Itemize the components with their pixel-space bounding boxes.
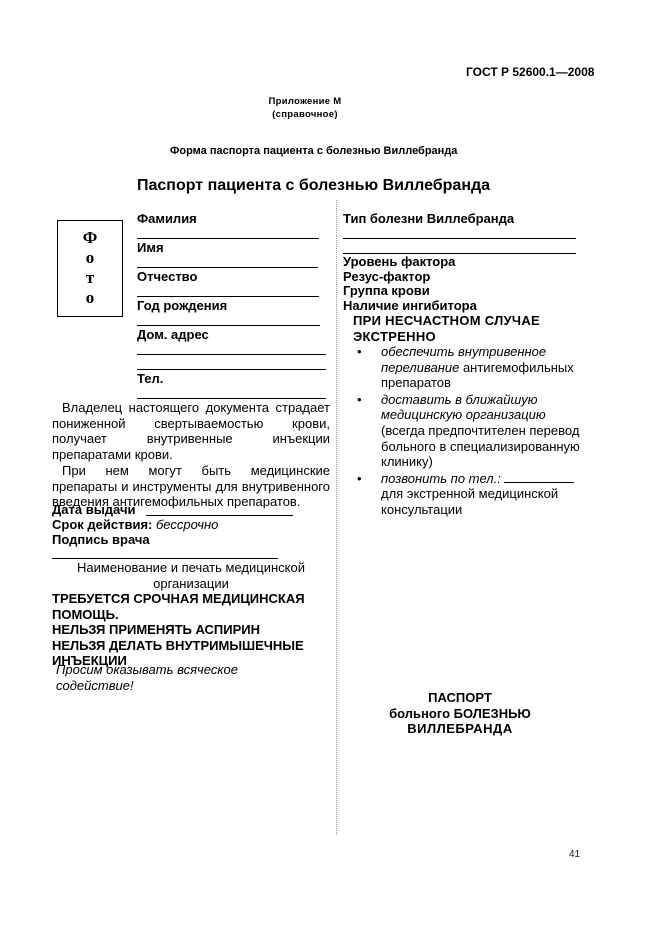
item-text: обеспечить внутривенное (381, 344, 593, 360)
name-field[interactable] (137, 267, 318, 268)
rh-factor-label: Резус-фактор (343, 270, 477, 285)
photo-letter: Ф (58, 228, 122, 248)
org-caption-line-2: организации (52, 576, 330, 592)
validity-value: бессрочно (156, 517, 218, 532)
issue-date-label: Дата выдачи (52, 502, 136, 517)
emergency-list: • обеспечить внутривенное переливание ан… (343, 344, 593, 518)
photo-letter: о (58, 288, 122, 308)
bullet-icon: • (357, 344, 362, 360)
surname-label: Фамилия (137, 211, 197, 226)
name-label: Имя (137, 240, 164, 255)
phone-field[interactable] (137, 398, 326, 399)
form-title: Форма паспорта пациента с болезнью Вилле… (170, 145, 457, 157)
item-text: медицинскую организацию (381, 407, 593, 423)
cover-line-2: больного БОЛЕЗНЬЮ (370, 706, 550, 722)
factor-level-label: Уровень фактора (343, 255, 477, 270)
cover-line-3: ВИЛЛЕБРАНДА (370, 721, 550, 737)
item-text-regular: антигемофильных (459, 360, 573, 375)
address-label: Дом. адрес (137, 327, 209, 342)
emergency-heading: ПРИ НЕСЧАСТНОМ СЛУЧАЕ ЭКСТРЕННО (353, 313, 540, 344)
appendix-type: (справочное) (240, 109, 370, 120)
blood-group-label: Группа крови (343, 284, 477, 299)
emergency-item: • обеспечить внутривенное переливание ан… (343, 344, 593, 391)
passport-title: Паспорт пациента с болезнью Виллебранда (137, 177, 490, 195)
item-text: доставить в ближайшую (381, 392, 593, 408)
birth-year-label: Год рождения (137, 298, 227, 313)
inhibitor-label: Наличие ингибитора (343, 299, 477, 314)
request-line-2: содействие! (56, 678, 238, 694)
call-label: позвонить по тел.: (381, 471, 501, 486)
owner-text-1: Владелец настоящего документа страдает п… (52, 400, 330, 462)
warning-line: ТРЕБУЕТСЯ СРОЧНАЯ МЕДИЦИНСКАЯ (52, 591, 332, 607)
validity-row: Срок действия: бессрочно (52, 517, 218, 532)
request-line-1: Просим оказывать всяческое (56, 662, 238, 678)
warning-line: ПОМОЩЬ. (52, 607, 332, 623)
issue-date-field[interactable] (146, 515, 293, 516)
owner-description: Владелец настоящего документа страдает п… (52, 400, 330, 462)
surname-field[interactable] (137, 238, 319, 239)
item-text: (всегда предпочтителен перевод (381, 423, 593, 439)
item-text: препаратов (381, 375, 593, 391)
validity-label: Срок действия: (52, 517, 152, 532)
disease-type-label: Тип болезни Виллебранда (343, 211, 514, 226)
emergency-phone-field[interactable] (504, 482, 574, 483)
emergency-heading-line-1: ПРИ НЕСЧАСТНОМ СЛУЧАЕ (353, 313, 540, 329)
photo-letter: о (58, 248, 122, 268)
emergency-heading-line-2: ЭКСТРЕННО (353, 329, 540, 345)
phone-label: Тел. (137, 371, 163, 386)
org-caption: Наименование и печать медицинской органи… (52, 560, 330, 591)
patronymic-field[interactable] (137, 296, 319, 297)
address-field-line-1[interactable] (137, 354, 326, 355)
org-caption-line-1: Наименование и печать медицинской (52, 560, 330, 576)
item-text-italic: переливание (381, 360, 459, 375)
item-text: переливание антигемофильных (381, 360, 593, 376)
address-field-line-2[interactable] (137, 369, 326, 370)
standard-number: ГОСТ Р 52600.1—2008 (466, 65, 594, 79)
fold-line (336, 200, 337, 835)
item-text: клинику) (381, 454, 593, 470)
birth-year-field[interactable] (137, 325, 320, 326)
warning-line: НЕЛЬЗЯ ДЕЛАТЬ ВНУТРИМЫШЕЧНЫЕ (52, 638, 332, 654)
photo-letter: т (58, 268, 122, 288)
emergency-item: • позвонить по тел.: для экстренной меди… (343, 471, 593, 518)
disease-type-field-1[interactable] (343, 238, 576, 239)
cover-line-2-text: больного БОЛЕЗНЬЮ (389, 706, 531, 721)
warning-line: НЕЛЬЗЯ ПРИМЕНЯТЬ АСПИРИН (52, 622, 332, 638)
bullet-icon: • (357, 392, 362, 408)
cover-line-1: ПАСПОРТ (370, 690, 550, 706)
emergency-item: • доставить в ближайшую медицинскую орга… (343, 392, 593, 470)
item-text: для экстренной медицинской (381, 486, 593, 502)
item-text: больного в специализированную (381, 439, 593, 455)
item-text: позвонить по тел.: (381, 471, 593, 487)
signature-field[interactable] (52, 558, 278, 559)
photo-placeholder: Ф о т о (57, 220, 123, 317)
appendix-label: Приложение М (240, 96, 370, 107)
item-text: консультации (381, 502, 593, 518)
patronymic-label: Отчество (137, 269, 197, 284)
doctor-signature-label: Подпись врача (52, 532, 150, 547)
page-number: 41 (569, 849, 580, 860)
bullet-icon: • (357, 471, 362, 487)
warnings: ТРЕБУЕТСЯ СРОЧНАЯ МЕДИЦИНСКАЯ ПОМОЩЬ. НЕ… (52, 591, 332, 669)
assistance-request: Просим оказывать всяческое содействие! (56, 662, 238, 693)
passport-cover: ПАСПОРТ больного БОЛЕЗНЬЮ ВИЛЛЕБРАНДА (370, 690, 550, 737)
medical-info-labels: Уровень фактора Резус-фактор Группа кров… (343, 255, 477, 313)
